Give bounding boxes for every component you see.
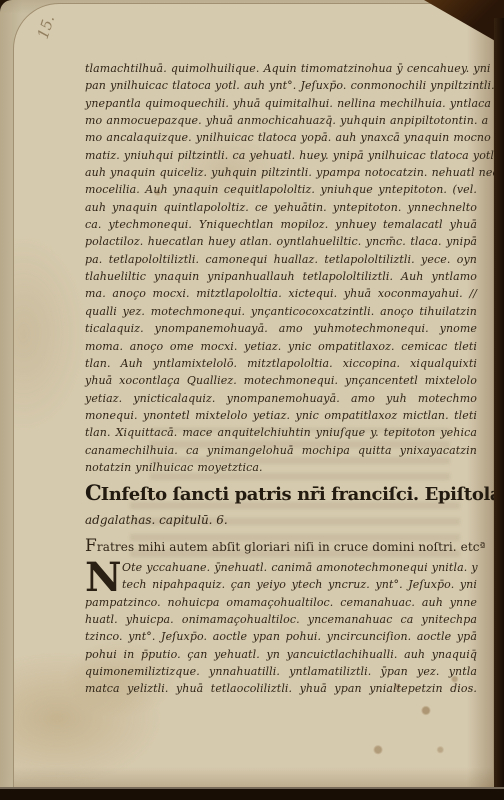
manuscript-line: qualli yez. motechmonequi. ynçanticocoxc… [85, 303, 477, 320]
manuscript-line: pampatzinco. nohuicpa omamaçohualtiloc. … [85, 594, 477, 611]
manuscript-line: yetiaz. ynicticalaquiz. ynompanemohuayā.… [85, 390, 477, 407]
manuscript-line: canamechilhuia. ca ynimangelohuā mochipa… [85, 442, 477, 459]
manuscript-line: auh ynaquin quiceliz. yuhquin piltzintli… [85, 164, 477, 181]
manuscript-line: moma. anoço ome mocxi. yetiaz. ynic ompa… [85, 338, 477, 355]
manuscript-line: huatl. yhuicpa. onimamaçohualtiloc. ynce… [85, 611, 477, 628]
manuscript-line: mocelilia. Auh ynaquin cequitlapololtiz.… [85, 181, 477, 198]
manuscript-line: tlan. Xiquittacā. mace anquitelchiuhtin … [85, 424, 477, 441]
second-paragraph-lines: Ote yccahuane. ȳnehuatl. canimā amonotec… [85, 559, 477, 698]
section-heading: CInfeſto ſancti patris nr̄i franciſci. E… [85, 480, 477, 505]
heading-title: Infeſto ſancti patris nr̄i franciſci. Ep… [101, 484, 504, 505]
manuscript-line: tech nipahpaquiz. çan yeiyo ytech yncruz… [85, 576, 477, 593]
manuscript-line: mo ancalaquizque. ynilhuicac tlatoca yop… [85, 129, 477, 146]
manuscript-line: polactiloz. huecatlan huey atlan. oyntla… [85, 233, 477, 250]
manuscript-line: pa. tetlapololtiliztli. camonequi hualla… [85, 251, 477, 268]
manuscript-line: yhuā xocontlaça Qualliez. motechmonequi.… [85, 372, 477, 389]
manuscript-line: mo anmocuepazque. yhuā anmochicahuazq̄. … [85, 112, 477, 129]
manuscript-line: ma. anoço mocxi. mitztlapololtia. xicteq… [85, 285, 477, 302]
manuscript-line: auh ynaquin quintlapololtiz. ce yehuātin… [85, 199, 477, 216]
manuscript-line: notatzin ynilhuicac moyetztica. [85, 459, 477, 476]
manuscript-line: tzinco. ynt°. Jeſuxp̄o. aoctle ypan pohu… [85, 628, 477, 645]
main-text-block: tlamachtilhuā. quimolhuilique. Aquin tim… [85, 60, 477, 476]
manuscript-line: matca yeliztli. yhuā tetlaocoliliztli. y… [85, 680, 477, 697]
manuscript-line: tlamachtilhuā. quimolhuilique. Aquin tim… [85, 60, 477, 77]
manuscript-line: pan ynilhuicac tlatoca yotl. auh ynt°. J… [85, 77, 477, 94]
manuscript-line: ynepantla quimoquechili. yhuā quimitalhu… [85, 95, 477, 112]
latin-incipit: Fratres mihi autem abſit gloriari niſi i… [85, 536, 477, 556]
heading-subtitle: adgalathas. capitulū. 6. [85, 513, 477, 527]
second-paragraph: N Ote yccahuane. ȳnehuatl. canimā amonot… [85, 559, 477, 698]
manuscript-line: monequi. ynontetl mixtelolo yetiaz. ynic… [85, 407, 477, 424]
manuscript-line: ticalaquiz. ynompanemohuayā. amo yuhmote… [85, 320, 477, 337]
manuscript-line: matiz. yniuhqui piltzintli. ca yehuatl. … [85, 147, 477, 164]
drop-cap-initial: N [85, 561, 122, 595]
capitulum-mark-icon: C [85, 480, 101, 505]
manuscript-line: ca. ytechmonequi. Yniquechtlan mopiloz. … [85, 216, 477, 233]
manuscript-line: Ote yccahuane. ȳnehuatl. canimā amonotec… [85, 559, 477, 576]
manuscript-line: quimonemiliztizque. ynnahuatilli. yntlam… [85, 663, 477, 680]
manuscript-line: tlan. Auh yntlamixtelolō. mitztlapololti… [85, 355, 477, 372]
manuscript-scan: 15. tlamachtilhuā. quimolhuilique. Aquin… [0, 0, 504, 800]
book-gutter-shadow [494, 18, 504, 800]
manuscript-line: pohui in p̄putio. çan yehuatl. yn yancui… [85, 646, 477, 663]
manuscript-line: tlahueliltic ynaquin ynipanhuallauh tetl… [85, 268, 477, 285]
table-background-strip [0, 787, 504, 800]
